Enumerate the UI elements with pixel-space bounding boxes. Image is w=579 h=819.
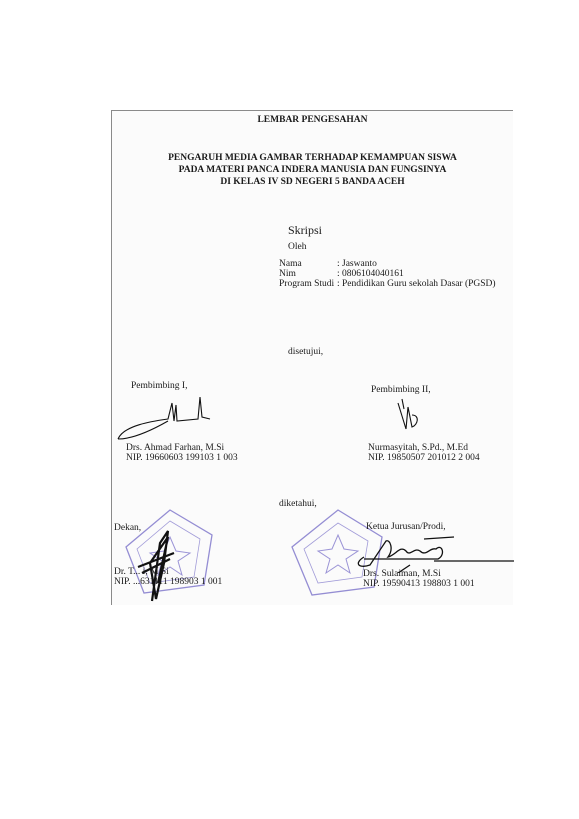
advisor2-role: Pembimbing II, <box>371 385 431 396</box>
field-value: : Pendidikan Guru sekolah Dasar (PGSD) <box>337 279 496 289</box>
heading: LEMBAR PENGESAHAN <box>112 115 513 126</box>
title-line-2: PADA MATERI PANCA INDERA MANUSIA DAN FUN… <box>112 165 513 176</box>
scanned-page: LEMBAR PENGESAHAN PENGARUH MEDIA GAMBAR … <box>111 110 513 605</box>
dean-role: Dekan, <box>114 523 141 534</box>
approved-label: disetujui, <box>288 347 323 358</box>
advisor2-signature-icon <box>392 397 422 433</box>
head-signature-icon <box>350 535 514 573</box>
document-type: Skripsi <box>288 224 322 237</box>
dean-nip: NIP. ...631111 198903 1 001 <box>114 577 222 588</box>
title-line-3: DI KELAS IV SD NEGERI 5 BANDA ACEH <box>112 177 513 188</box>
head-role: Ketua Jurusan/Prodi, <box>366 522 446 533</box>
field-program: Program Studi: Pendidikan Guru sekolah D… <box>279 279 496 290</box>
field-label: Program Studi <box>279 279 337 290</box>
advisor2-nip: NIP. 19850507 201012 2 004 <box>368 453 480 464</box>
field-value: : Jaswanto <box>337 259 377 269</box>
dean-signature-icon <box>130 523 180 603</box>
field-value: : 0806104040161 <box>337 269 404 279</box>
by-label: Oleh <box>288 242 306 253</box>
title-line-1: PENGARUH MEDIA GAMBAR TERHADAP KEMAMPUAN… <box>112 153 513 164</box>
advisor1-nip: NIP. 19660603 199103 1 003 <box>126 453 238 464</box>
head-nip: NIP. 19590413 198803 1 001 <box>363 579 475 590</box>
advisor1-role: Pembimbing I, <box>131 381 187 392</box>
advisor1-signature-icon <box>114 395 214 443</box>
